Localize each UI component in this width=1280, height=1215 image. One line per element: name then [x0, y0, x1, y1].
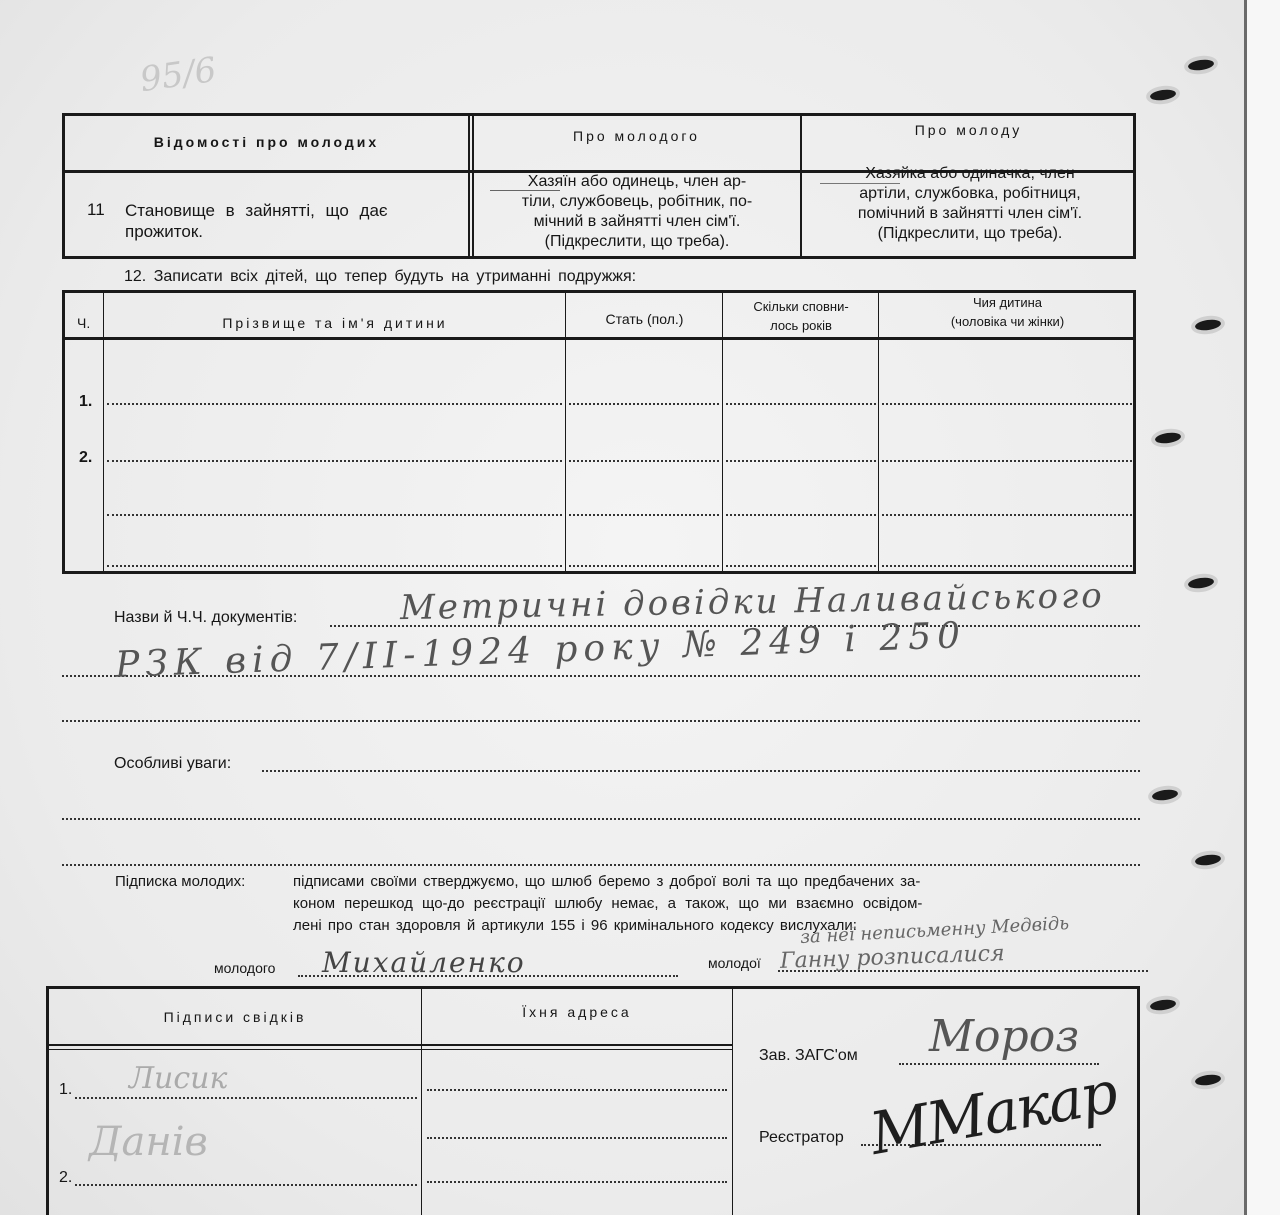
col-age: Скільки сповни- лось років	[724, 297, 878, 335]
child-1-name-field[interactable]	[107, 403, 562, 405]
punch-hole-icon	[1149, 88, 1176, 102]
child-4-sex-field[interactable]	[569, 565, 719, 567]
witness-1-signature[interactable]: Лисик	[129, 1061, 227, 1096]
punch-hole-icon	[1194, 318, 1221, 332]
section-12-title: 12. Записати всіх дітей, що тепер будуть…	[124, 268, 636, 286]
punch-hole-icon	[1151, 788, 1178, 802]
witness-1-signature-line	[75, 1097, 417, 1099]
groom-underline-mark	[490, 190, 560, 191]
col-sex: Стать (пол.)	[567, 311, 722, 327]
bride-options-line: помічний в зайнятті член сім'ї.	[805, 204, 1135, 224]
child-2-age-field[interactable]	[726, 460, 876, 462]
remarks-field-line-3[interactable]	[62, 864, 1140, 866]
witness-2-signature-line	[75, 1184, 417, 1186]
declaration-line-1: підписами своїми стверджуємо, що шлюб бе…	[293, 873, 920, 890]
children-table: Ч. Прізвище та ім'я дитини Стать (пол.) …	[62, 290, 1136, 574]
witness-1-address-field[interactable]	[427, 1089, 727, 1091]
bride-note: (Підкреслити, що треба).	[805, 224, 1135, 244]
header-info: Відомості про молодих	[65, 134, 468, 150]
documents-handwritten-line-1[interactable]: Метричні довідки Наливайського	[400, 576, 1105, 628]
groom-note: (Підкреслити, що треба).	[477, 232, 797, 252]
remarks-label: Особливі уваги:	[114, 755, 231, 773]
remarks-field[interactable]	[262, 770, 1140, 772]
witness-2-signature[interactable]: Данів	[89, 1119, 208, 1165]
witness-2-address-field[interactable]	[427, 1181, 727, 1183]
bride-options-line: артіли, службовка, робітниця,	[805, 184, 1135, 204]
punch-hole-icon	[1194, 1073, 1221, 1087]
remarks-field-line-2[interactable]	[62, 818, 1140, 820]
child-1-age-field[interactable]	[726, 403, 876, 405]
bride-occupation-options: Хазяйка або одиначка, член артіли, служб…	[805, 164, 1135, 244]
child-4-name-field[interactable]	[107, 565, 562, 567]
groom-options-line: Хазяїн або одинець, член ар-	[477, 172, 797, 192]
adjacent-page-edge	[1247, 0, 1280, 1215]
child-3-name-field[interactable]	[107, 514, 562, 516]
punch-hole-icon	[1187, 576, 1214, 590]
row-question: Становище в зайнятті, що дає прожиток.	[125, 200, 445, 242]
col-child-name: Прізвище та ім'я дитини	[105, 315, 565, 331]
documents-line-3	[62, 720, 1140, 722]
punch-hole-icon	[1149, 998, 1176, 1012]
section-11-table: Відомості про молодих Про молодого Про м…	[62, 113, 1136, 259]
col-witness-address: Їхня адреса	[422, 1004, 732, 1020]
row-number: 11	[87, 200, 105, 220]
declaration-line-3: лені про стан здоровля й артикули 155 і …	[293, 917, 857, 934]
bride-signature-label: молодої	[708, 955, 761, 971]
child-row-number: 1.	[79, 393, 92, 411]
document-page: 95/6 Відомості про молодих Про молодого …	[0, 0, 1280, 1215]
declaration-label: Підписка молодих:	[115, 873, 245, 890]
punch-hole-icon	[1154, 431, 1181, 445]
child-2-name-field[interactable]	[107, 460, 562, 462]
col-number: Ч.	[77, 315, 90, 331]
groom-signature[interactable]: Михайленко	[322, 946, 526, 979]
col-witness-signatures: Підписи свідків	[49, 1009, 421, 1025]
child-3-whose-field[interactable]	[882, 514, 1132, 516]
header-groom: Про молодого	[473, 128, 800, 144]
child-4-age-field[interactable]	[726, 565, 876, 567]
child-1-sex-field[interactable]	[569, 403, 719, 405]
punch-hole-icon	[1194, 853, 1221, 867]
child-row-number: 2.	[79, 449, 92, 467]
head-registry-label: Зав. ЗАГС'ом	[759, 1047, 858, 1065]
child-3-sex-field[interactable]	[569, 514, 719, 516]
documents-label: Назви й Ч.Ч. документів:	[114, 609, 297, 627]
child-3-age-field[interactable]	[726, 514, 876, 516]
header-bride: Про молоду	[802, 122, 1135, 138]
child-4-whose-field[interactable]	[882, 565, 1132, 567]
child-2-sex-field[interactable]	[569, 460, 719, 462]
groom-options-line: мічний в зайнятті член сім'ї.	[477, 212, 797, 232]
child-1-whose-field[interactable]	[882, 403, 1132, 405]
groom-signature-label: молодого	[214, 960, 275, 976]
witness-row-number: 2.	[59, 1169, 72, 1187]
page-binding-edge	[1244, 0, 1247, 1215]
registrar-signature[interactable]: ММакар	[865, 1058, 1121, 1168]
witnesses-table: Підписи свідків Їхня адреса 1. Лисик 2. …	[46, 986, 1140, 1215]
witness-row-number: 1.	[59, 1081, 72, 1099]
groom-options-line: тіли, службовець, робітник, по-	[477, 192, 797, 212]
col-whose-child: Чия дитина (чоловіка чи жінки)	[880, 293, 1135, 331]
child-2-whose-field[interactable]	[882, 460, 1132, 462]
witness-address-line[interactable]	[427, 1137, 727, 1139]
head-registry-signature[interactable]: Мороз	[929, 1011, 1079, 1062]
registrar-label: Реєстратор	[759, 1129, 844, 1147]
bride-options-line: Хазяйка або одиначка, член	[805, 164, 1135, 184]
archive-page-number: 95/6	[138, 50, 219, 100]
punch-hole-icon	[1187, 58, 1214, 72]
bride-underline-mark	[820, 183, 900, 184]
groom-occupation-options: Хазяїн або одинець, член ар- тіли, служб…	[477, 172, 797, 252]
declaration-line-2: коном перешкод що-до реєстрації шлюбу не…	[293, 895, 922, 912]
